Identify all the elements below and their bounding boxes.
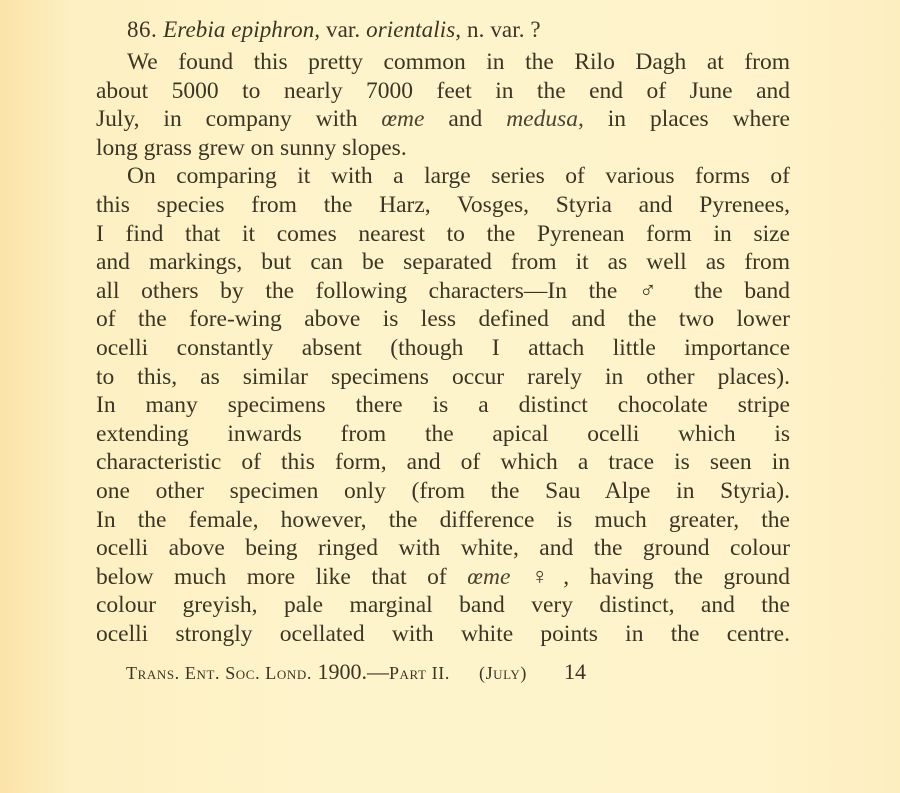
- text-run: in places where: [584, 106, 790, 132]
- var-label: var.: [326, 17, 360, 42]
- text-line: characteristic of this form, and of whic…: [96, 448, 790, 477]
- body-text: We found this pretty common in the Rilo …: [96, 48, 790, 648]
- text-line: July, in company with œme and medusa, in…: [96, 105, 790, 134]
- species-ref-aeme: œme: [381, 106, 424, 132]
- em-dash: —: [367, 659, 389, 684]
- text-line: about 5000 to nearly 7000 feet in the en…: [96, 77, 790, 106]
- text-run: below much more like that of: [96, 564, 467, 590]
- signature-footer: Trans. Ent. Soc. Lond. 1900.—Part II. (J…: [126, 654, 790, 691]
- text-run: ♀, having the ground: [510, 564, 790, 590]
- text-line: one other specimen only (from the Sau Al…: [96, 477, 790, 506]
- species-ref-aeme: œme: [467, 564, 510, 590]
- journal-year: 1900.: [317, 659, 367, 684]
- journal-name: Trans. Ent. Soc. Lond.: [126, 663, 312, 683]
- species-name: Erebia epiphron,: [163, 17, 320, 42]
- text-line: On comparing it with a large series of v…: [96, 162, 790, 191]
- text-line: extending inwards from the apical ocelli…: [96, 420, 790, 449]
- text-line: of the fore-wing above is less defined a…: [96, 305, 790, 334]
- entry-number: 86.: [127, 17, 157, 42]
- text-line: In many specimens there is a distinct ch…: [96, 391, 790, 420]
- text-line: ocelli constantly absent (though I attac…: [96, 334, 790, 363]
- text-line: this species from the Harz, Vosges, Styr…: [96, 191, 790, 220]
- species-ref-medusa: medusa,: [506, 106, 584, 132]
- variety-name: orientalis,: [366, 17, 461, 42]
- text-run: July, in company with: [96, 106, 381, 132]
- text-line: and markings, but can be separated from …: [96, 248, 790, 277]
- text-line: long grass grew on sunny slopes.: [96, 134, 790, 163]
- journal-part: Part II.: [389, 663, 450, 683]
- text-run: and: [424, 106, 506, 132]
- text-line: In the female, however, the difference i…: [96, 506, 790, 535]
- section-heading: 86. Erebia epiphron, var. orientalis, n.…: [127, 12, 790, 48]
- issue-month: (July): [479, 663, 527, 683]
- text-line: I find that it comes nearest to the Pyre…: [96, 220, 790, 249]
- new-variety-label: n. var. ?: [467, 17, 541, 42]
- signature-mark: 14: [564, 659, 586, 684]
- document-page: 86. Erebia epiphron, var. orientalis, n.…: [96, 12, 790, 691]
- text-line: below much more like that of œme ♀, havi…: [96, 563, 790, 592]
- text-line: to this, as similar specimens occur rare…: [96, 363, 790, 392]
- text-line: ocelli above being ringed with white, an…: [96, 534, 790, 563]
- text-line: colour greyish, pale marginal band very …: [96, 591, 790, 620]
- text-line: all others by the following characters—I…: [96, 277, 790, 306]
- text-line: ocelli strongly ocellated with white poi…: [96, 620, 790, 649]
- text-line: We found this pretty common in the Rilo …: [96, 48, 790, 77]
